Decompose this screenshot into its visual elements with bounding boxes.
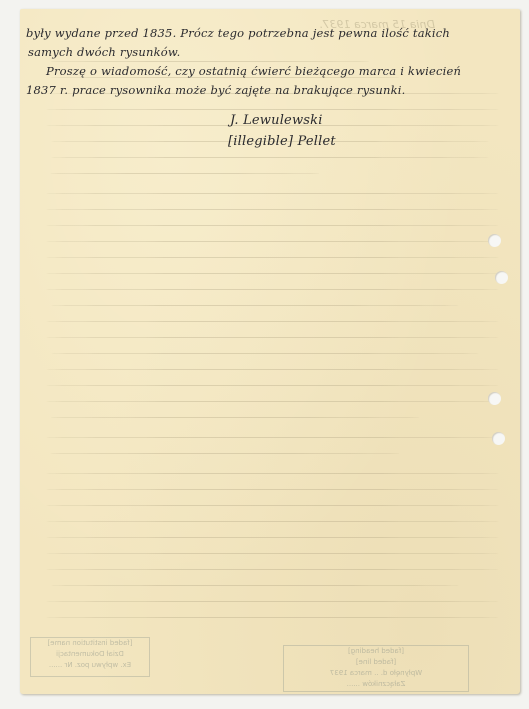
punch-hole xyxy=(488,234,501,247)
punch-hole xyxy=(492,432,505,445)
stamp-line: Załączników ...... xyxy=(284,679,468,690)
handwritten-line-4: 1837 r. prace rysownika może być zajęte … xyxy=(26,83,406,97)
signature-2: [illegible] Pellet xyxy=(228,134,336,149)
handwritten-line-3: Proszę o wiadomość, czy ostatnią ćwierć … xyxy=(46,64,461,78)
received-stamp-right: [faded heading] [faded line] Wpłynęło d.… xyxy=(283,645,469,692)
punch-hole xyxy=(495,271,508,284)
bleed-through-text: Dnia 15 marca 1937. xyxy=(20,9,520,694)
punch-hole xyxy=(488,392,501,405)
document-page: Dnia 15 marca 1937. xyxy=(20,9,520,694)
archive-stamp-left: [faded institution name] Dział Dokumenta… xyxy=(30,637,150,677)
stamp-line: [faded line] xyxy=(284,657,468,668)
handwritten-line-2: samych dwóch rysunków. xyxy=(28,45,180,59)
stamp-line: Dział Dokumentacji xyxy=(31,649,149,660)
stamp-line: [faded heading] xyxy=(284,646,468,657)
stamp-line: Ex. wpływu poz. Nr ...... xyxy=(31,660,149,671)
stamp-line: Wpłynęło d. .. marca 1937 xyxy=(284,668,468,679)
signature-1: J. Lewulewski xyxy=(230,113,323,128)
stamp-line: [faded institution name] xyxy=(31,638,149,649)
handwritten-line-1: były wydane przed 1835. Prócz tego potrz… xyxy=(26,26,450,40)
